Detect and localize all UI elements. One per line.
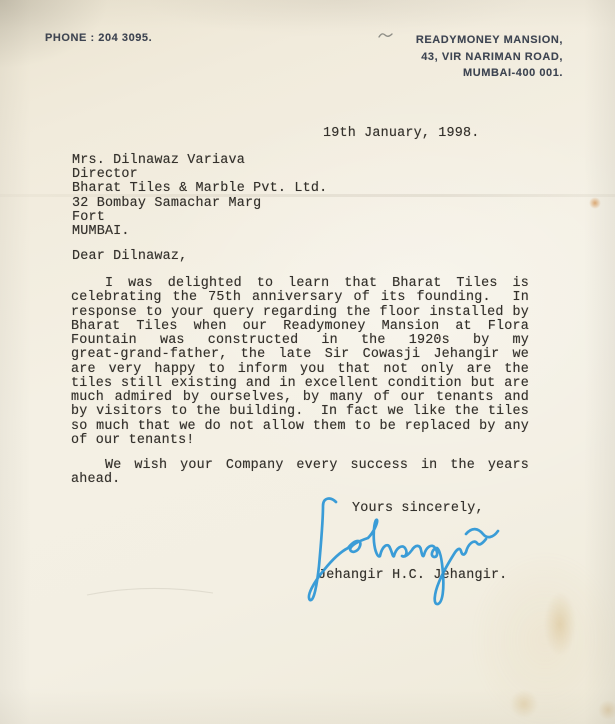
recipient-line: Bharat Tiles & Marble Pvt. Ltd. (72, 182, 327, 196)
body-line: I was delighted to learn that Bharat Til… (71, 277, 529, 291)
paper-stain (598, 700, 615, 720)
closing: Yours sincerely, (352, 501, 484, 516)
body-line: We wish your Company every success in th… (71, 459, 529, 473)
faint-crease-arc (85, 583, 215, 601)
body-line: response to your query regarding the flo… (71, 306, 529, 320)
recipient-line: Mrs. Dilnawaz Variava (72, 154, 327, 168)
body-line: so much that we do not allow them to be … (71, 420, 529, 434)
recipient-line: MUMBAI. (72, 225, 327, 239)
letter-body: I was delighted to learn that Bharat Til… (71, 277, 529, 499)
paper-stain (589, 197, 601, 209)
paper-stain (544, 592, 576, 656)
letterhead-address-line: MUMBAI-400 001. (416, 65, 563, 82)
recipient-line: Fort (72, 211, 327, 225)
signed-name: Jehangir H.C. Jehangir. (318, 568, 507, 583)
body-line: great-grand-father, the late Sir Cowasji… (71, 348, 529, 362)
recipient-line: Director (72, 168, 327, 182)
body-line: are very happy to inform you that not on… (71, 363, 529, 377)
paragraph: We wish your Company every success in th… (71, 459, 529, 488)
body-line: celebrating the 75th anniversary of its … (71, 291, 529, 305)
letterhead-address-line: 43, VIR NARIMAN ROAD, (416, 49, 563, 66)
body-line: much admired by ourselves, by many of ou… (71, 391, 529, 405)
date-line: 19th January, 1998. (323, 126, 479, 141)
pencil-mark (378, 31, 394, 41)
paragraph: I was delighted to learn that Bharat Til… (71, 277, 529, 448)
letterhead-phone: PHONE : 204 3095. (45, 32, 152, 44)
letterhead-address-line: READYMONEY MANSION, (416, 32, 563, 49)
letterhead-address: READYMONEY MANSION,43, VIR NARIMAN ROAD,… (416, 32, 563, 82)
body-line: by visitors to the building. In fact we … (71, 405, 529, 419)
salutation: Dear Dilnawaz, (72, 249, 187, 264)
paper-stain (510, 690, 538, 718)
body-line: tiles still existing and in excellent co… (71, 377, 529, 391)
body-line: Bharat Tiles when our Readymoney Mansion… (71, 320, 529, 334)
recipient-line: 32 Bombay Samachar Marg (72, 197, 327, 211)
body-line: of our tenants! (71, 434, 529, 448)
body-line: Fountain was constructed in the 1920s by… (71, 334, 529, 348)
recipient-block: Mrs. Dilnawaz VariavaDirectorBharat Tile… (72, 154, 327, 239)
body-line: ahead. (71, 473, 529, 487)
letter-paper: PHONE : 204 3095. READYMONEY MANSION,43,… (0, 0, 615, 724)
